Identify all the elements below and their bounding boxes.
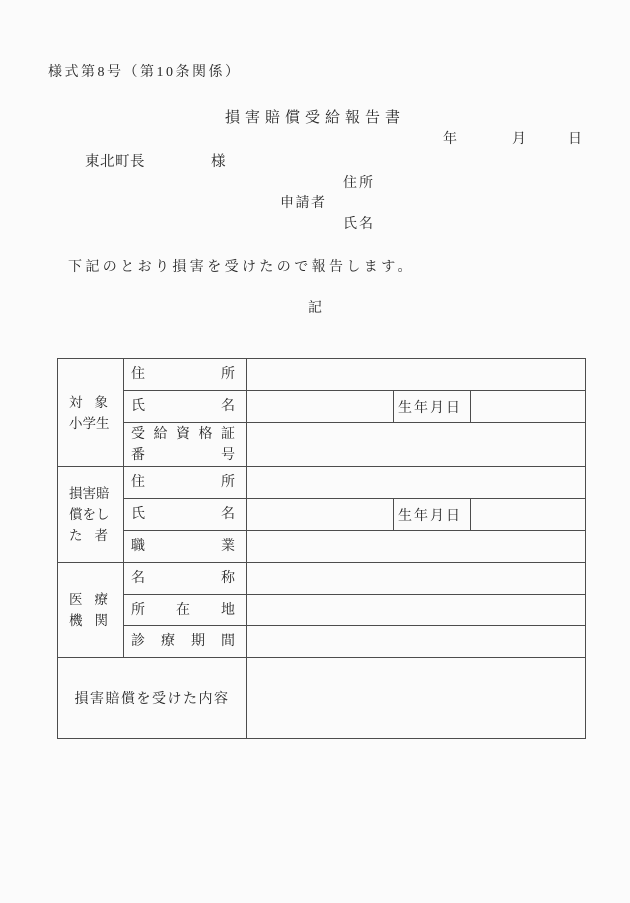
label-cell-compensator-address: 住所 [124, 467, 247, 499]
label-cell-compensator-name: 氏名 [124, 499, 247, 531]
document-title: 損害賠償受給報告書 [0, 106, 630, 127]
label-cell-occupation: 職業 [124, 531, 247, 563]
recipient-honorific: 様 [211, 154, 226, 170]
row-compensation-content: 損害賠償を受けた内容 [58, 658, 586, 739]
row-student-address: 対象小学生 住所 [58, 359, 586, 391]
label-cell-medical-location: 所在地 [124, 595, 247, 626]
document-page: 様式第8号（第10条関係） 損害賠償受給報告書 年 月 日 東北町長様 住所 申… [0, 0, 630, 903]
ki-marker: 記 [0, 297, 630, 317]
form-number: 様式第8号（第10条関係） [48, 61, 242, 81]
recipient-line: 東北町長様 [85, 150, 226, 171]
label-cell-compensator-birth: 生年月日 [394, 499, 471, 531]
value-cell-treatment-period [247, 626, 586, 658]
date-line: 年 月 日 [443, 128, 582, 148]
label-cell-student-address: 住所 [124, 359, 247, 391]
date-year-label: 年 [443, 128, 457, 148]
value-cell-compensator-address [247, 467, 586, 499]
value-cell-occupation [247, 531, 586, 563]
applicant-label: 申請者 [280, 192, 327, 212]
label-cell-certificate-number: 受給資格証番号 [124, 423, 247, 467]
applicant-address-label: 住所 [343, 172, 375, 192]
label-cell-medical-name: 名称 [124, 563, 247, 595]
row-compensator-address: 損害賠償をした者 住所 [58, 467, 586, 499]
row-compensator-occupation: 職業 [58, 531, 586, 563]
group-cell-student: 対象小学生 [58, 359, 124, 467]
value-cell-student-address [247, 359, 586, 391]
value-cell-student-name [247, 391, 394, 423]
applicant-name-label: 氏名 [343, 213, 375, 233]
label-cell-student-birth: 生年月日 [394, 391, 471, 423]
value-cell-certificate-number [247, 423, 586, 467]
label-cell-student-name: 氏名 [124, 391, 247, 423]
recipient-name: 東北町長 [85, 154, 145, 170]
value-cell-compensation-content [247, 658, 586, 739]
date-day-label: 日 [568, 128, 582, 148]
value-cell-compensator-name [247, 499, 394, 531]
row-student-certificate: 受給資格証番号 [58, 423, 586, 467]
row-medical-location: 所在地 [58, 595, 586, 626]
value-cell-medical-name [247, 563, 586, 595]
group-cell-medical: 医療機関 [58, 563, 124, 658]
date-month-label: 月 [512, 128, 526, 148]
value-cell-compensator-birth [471, 499, 586, 531]
value-cell-medical-location [247, 595, 586, 626]
value-cell-student-birth [471, 391, 586, 423]
row-compensator-name: 氏名 生年月日 [58, 499, 586, 531]
row-medical-name: 医療機関 名称 [58, 563, 586, 595]
report-table: 対象小学生 住所 氏名 生年月日 受給資格証番号 損害賠償をした者 [57, 358, 586, 739]
row-student-name: 氏名 生年月日 [58, 391, 586, 423]
group-cell-compensator: 損害賠償をした者 [58, 467, 124, 563]
label-cell-compensation-content: 損害賠償を受けた内容 [58, 658, 247, 739]
body-text: 下記のとおり損害を受けたので報告します。 [68, 256, 415, 276]
label-cell-treatment-period: 診療期間 [124, 626, 247, 658]
row-treatment-period: 診療期間 [58, 626, 586, 658]
